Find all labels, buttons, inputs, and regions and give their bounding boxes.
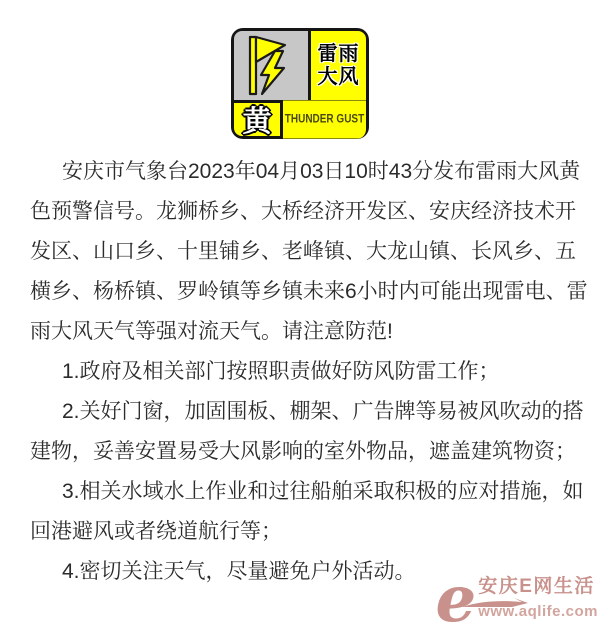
warning-type-label: 雷雨 大风 — [311, 31, 366, 100]
warning-measure-2: 2.关好门窗，加固围板、棚架、广告牌等易被风吹动的搭建物，妥善安置易受大风影响的… — [30, 392, 588, 472]
watermark-swoosh-icon — [460, 597, 530, 611]
flag-lightning-icon — [238, 34, 304, 97]
warning-measure-4: 4.密切关注天气，尽量避免户外活动。 — [30, 552, 588, 592]
warning-type-line2: 大风 — [318, 66, 360, 89]
warning-type-line1: 雷雨 — [318, 43, 360, 66]
warning-text: 安庆市气象台2023年04月03日10时43分发布雷雨大风黄色预警信号。龙狮桥乡… — [0, 139, 600, 592]
weather-warning-badge: 雷雨 大风 黄 THUNDER GUST — [231, 28, 369, 139]
warning-measure-3: 3.相关水域水上作业和过往船舶采取积极的应对措施，如回港避风或者绕道航行等； — [30, 472, 588, 552]
watermark-url: www.aqlife.com — [478, 602, 598, 622]
flag-lightning-cell — [234, 31, 308, 100]
warning-measure-1: 1.政府及相关部门按照职责做好防风防雷工作； — [30, 352, 588, 392]
warning-paragraph-main: 安庆市气象台2023年04月03日10时43分发布雷雨大风黄色预警信号。龙狮桥乡… — [30, 152, 588, 352]
warning-level-label: 黄 — [234, 103, 280, 136]
warning-english-label: THUNDER GUST — [283, 101, 366, 139]
